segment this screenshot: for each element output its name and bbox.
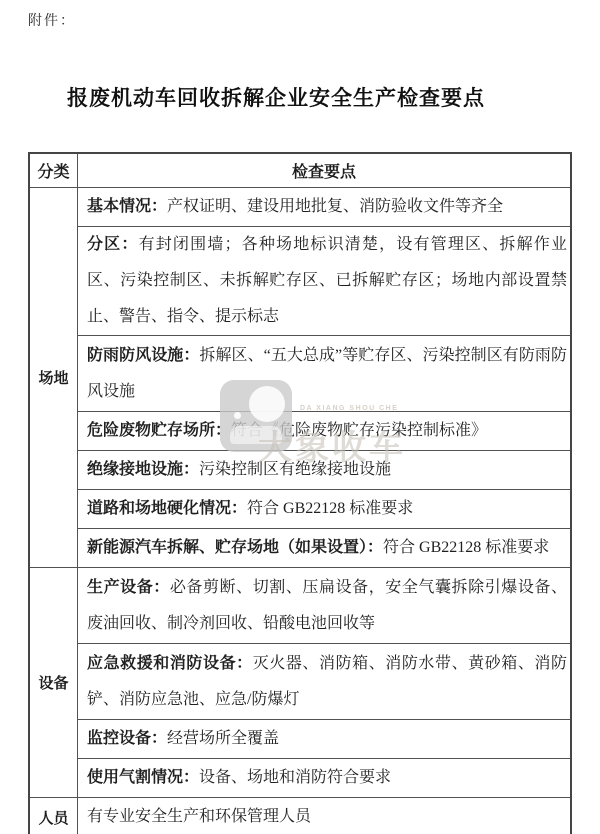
points-cell: 有专业安全生产和环保管理人员 bbox=[78, 798, 572, 834]
row-text: 符合《危险废物贮存污染控制标准》 bbox=[231, 422, 487, 439]
row-text: 产权证明、建设用地批复、消防验收文件等齐全 bbox=[167, 198, 503, 215]
row-label: 基本情况： bbox=[87, 198, 167, 215]
table-row: 危险废物贮存场所：符合《危险废物贮存污染控制标准》 bbox=[29, 412, 571, 451]
table-row: 防雨防风设施：拆解区、“五大总成”等贮存区、污染控制区有防雨防风设施 bbox=[29, 336, 571, 412]
points-cell: 分区：有封闭围墙；各种场地标识清楚，设有管理区、拆解作业区、污染控制区、未拆解贮… bbox=[78, 227, 572, 336]
points-cell: 应急救援和消防设备：灭火器、消防箱、消防水带、黄砂箱、消防铲、消防应急池、应急/… bbox=[78, 644, 572, 720]
table-row: 使用气割情况：设备、场地和消防符合要求 bbox=[29, 759, 571, 798]
row-text: 设备、场地和消防符合要求 bbox=[199, 769, 391, 786]
document-page: { "page": { "attachment_label": "附件：", "… bbox=[0, 0, 600, 834]
points-cell: 新能源汽车拆解、贮存场地（如果设置）：符合 GB22128 标准要求 bbox=[78, 529, 572, 568]
points-cell: 基本情况：产权证明、建设用地批复、消防验收文件等齐全 bbox=[78, 188, 572, 227]
row-text: 经营场所全覆盖 bbox=[167, 730, 279, 747]
row-text: 有封闭围墙；各种场地标识清楚，设有管理区、拆解作业区、污染控制区、未拆解贮存区、… bbox=[87, 236, 567, 325]
points-cell: 生产设备：必备剪断、切割、压扁设备，安全气囊拆除引爆设备、废油回收、制冷剂回收、… bbox=[78, 568, 572, 644]
points-cell: 防雨防风设施：拆解区、“五大总成”等贮存区、污染控制区有防雨防风设施 bbox=[78, 336, 572, 412]
header-row: 分类 检查要点 bbox=[29, 153, 571, 188]
category-cell: 人员 bbox=[29, 798, 78, 834]
row-text: 有专业安全生产和环保管理人员 bbox=[87, 808, 311, 825]
points-cell: 监控设备：经营场所全覆盖 bbox=[78, 720, 572, 759]
table-row: 场地基本情况：产权证明、建设用地批复、消防验收文件等齐全 bbox=[29, 188, 571, 227]
row-label: 分区： bbox=[87, 236, 139, 253]
header-points: 检查要点 bbox=[78, 153, 572, 188]
row-label: 监控设备： bbox=[87, 730, 167, 747]
table-row: 监控设备：经营场所全覆盖 bbox=[29, 720, 571, 759]
row-label: 绝缘接地设施： bbox=[87, 461, 199, 478]
row-label: 生产设备： bbox=[87, 579, 170, 596]
header-category: 分类 bbox=[29, 153, 78, 188]
points-cell: 使用气割情况：设备、场地和消防符合要求 bbox=[78, 759, 572, 798]
category-cell: 场地 bbox=[29, 188, 78, 568]
table-row: 设备生产设备：必备剪断、切割、压扁设备，安全气囊拆除引爆设备、废油回收、制冷剂回… bbox=[29, 568, 571, 644]
category-cell: 设备 bbox=[29, 568, 78, 798]
row-label: 道路和场地硬化情况： bbox=[87, 500, 247, 517]
attachment-label: 附件： bbox=[28, 10, 76, 30]
points-cell: 道路和场地硬化情况：符合 GB22128 标准要求 bbox=[78, 490, 572, 529]
row-label: 危险废物贮存场所： bbox=[87, 422, 231, 439]
row-label: 应急救援和消防设备： bbox=[87, 655, 253, 672]
row-text: 符合 GB22128 标准要求 bbox=[247, 500, 413, 517]
inspection-table: 分类 检查要点 场地基本情况：产权证明、建设用地批复、消防验收文件等齐全分区：有… bbox=[28, 152, 572, 834]
table-row: 人员有专业安全生产和环保管理人员 bbox=[29, 798, 571, 834]
row-text: 污染控制区有绝缘接地设施 bbox=[199, 461, 391, 478]
row-label: 防雨防风设施： bbox=[87, 347, 199, 364]
page-title: 报废机动车回收拆解企业安全生产检查要点 bbox=[0, 82, 600, 112]
table-row: 分区：有封闭围墙；各种场地标识清楚，设有管理区、拆解作业区、污染控制区、未拆解贮… bbox=[29, 227, 571, 336]
row-label: 新能源汽车拆解、贮存场地（如果设置）： bbox=[87, 539, 383, 556]
points-cell: 危险废物贮存场所：符合《危险废物贮存污染控制标准》 bbox=[78, 412, 572, 451]
table-row: 新能源汽车拆解、贮存场地（如果设置）：符合 GB22128 标准要求 bbox=[29, 529, 571, 568]
table-row: 应急救援和消防设备：灭火器、消防箱、消防水带、黄砂箱、消防铲、消防应急池、应急/… bbox=[29, 644, 571, 720]
table-row: 绝缘接地设施：污染控制区有绝缘接地设施 bbox=[29, 451, 571, 490]
row-label: 使用气割情况： bbox=[87, 769, 199, 786]
table-row: 道路和场地硬化情况：符合 GB22128 标准要求 bbox=[29, 490, 571, 529]
points-cell: 绝缘接地设施：污染控制区有绝缘接地设施 bbox=[78, 451, 572, 490]
row-text: 符合 GB22128 标准要求 bbox=[383, 539, 549, 556]
